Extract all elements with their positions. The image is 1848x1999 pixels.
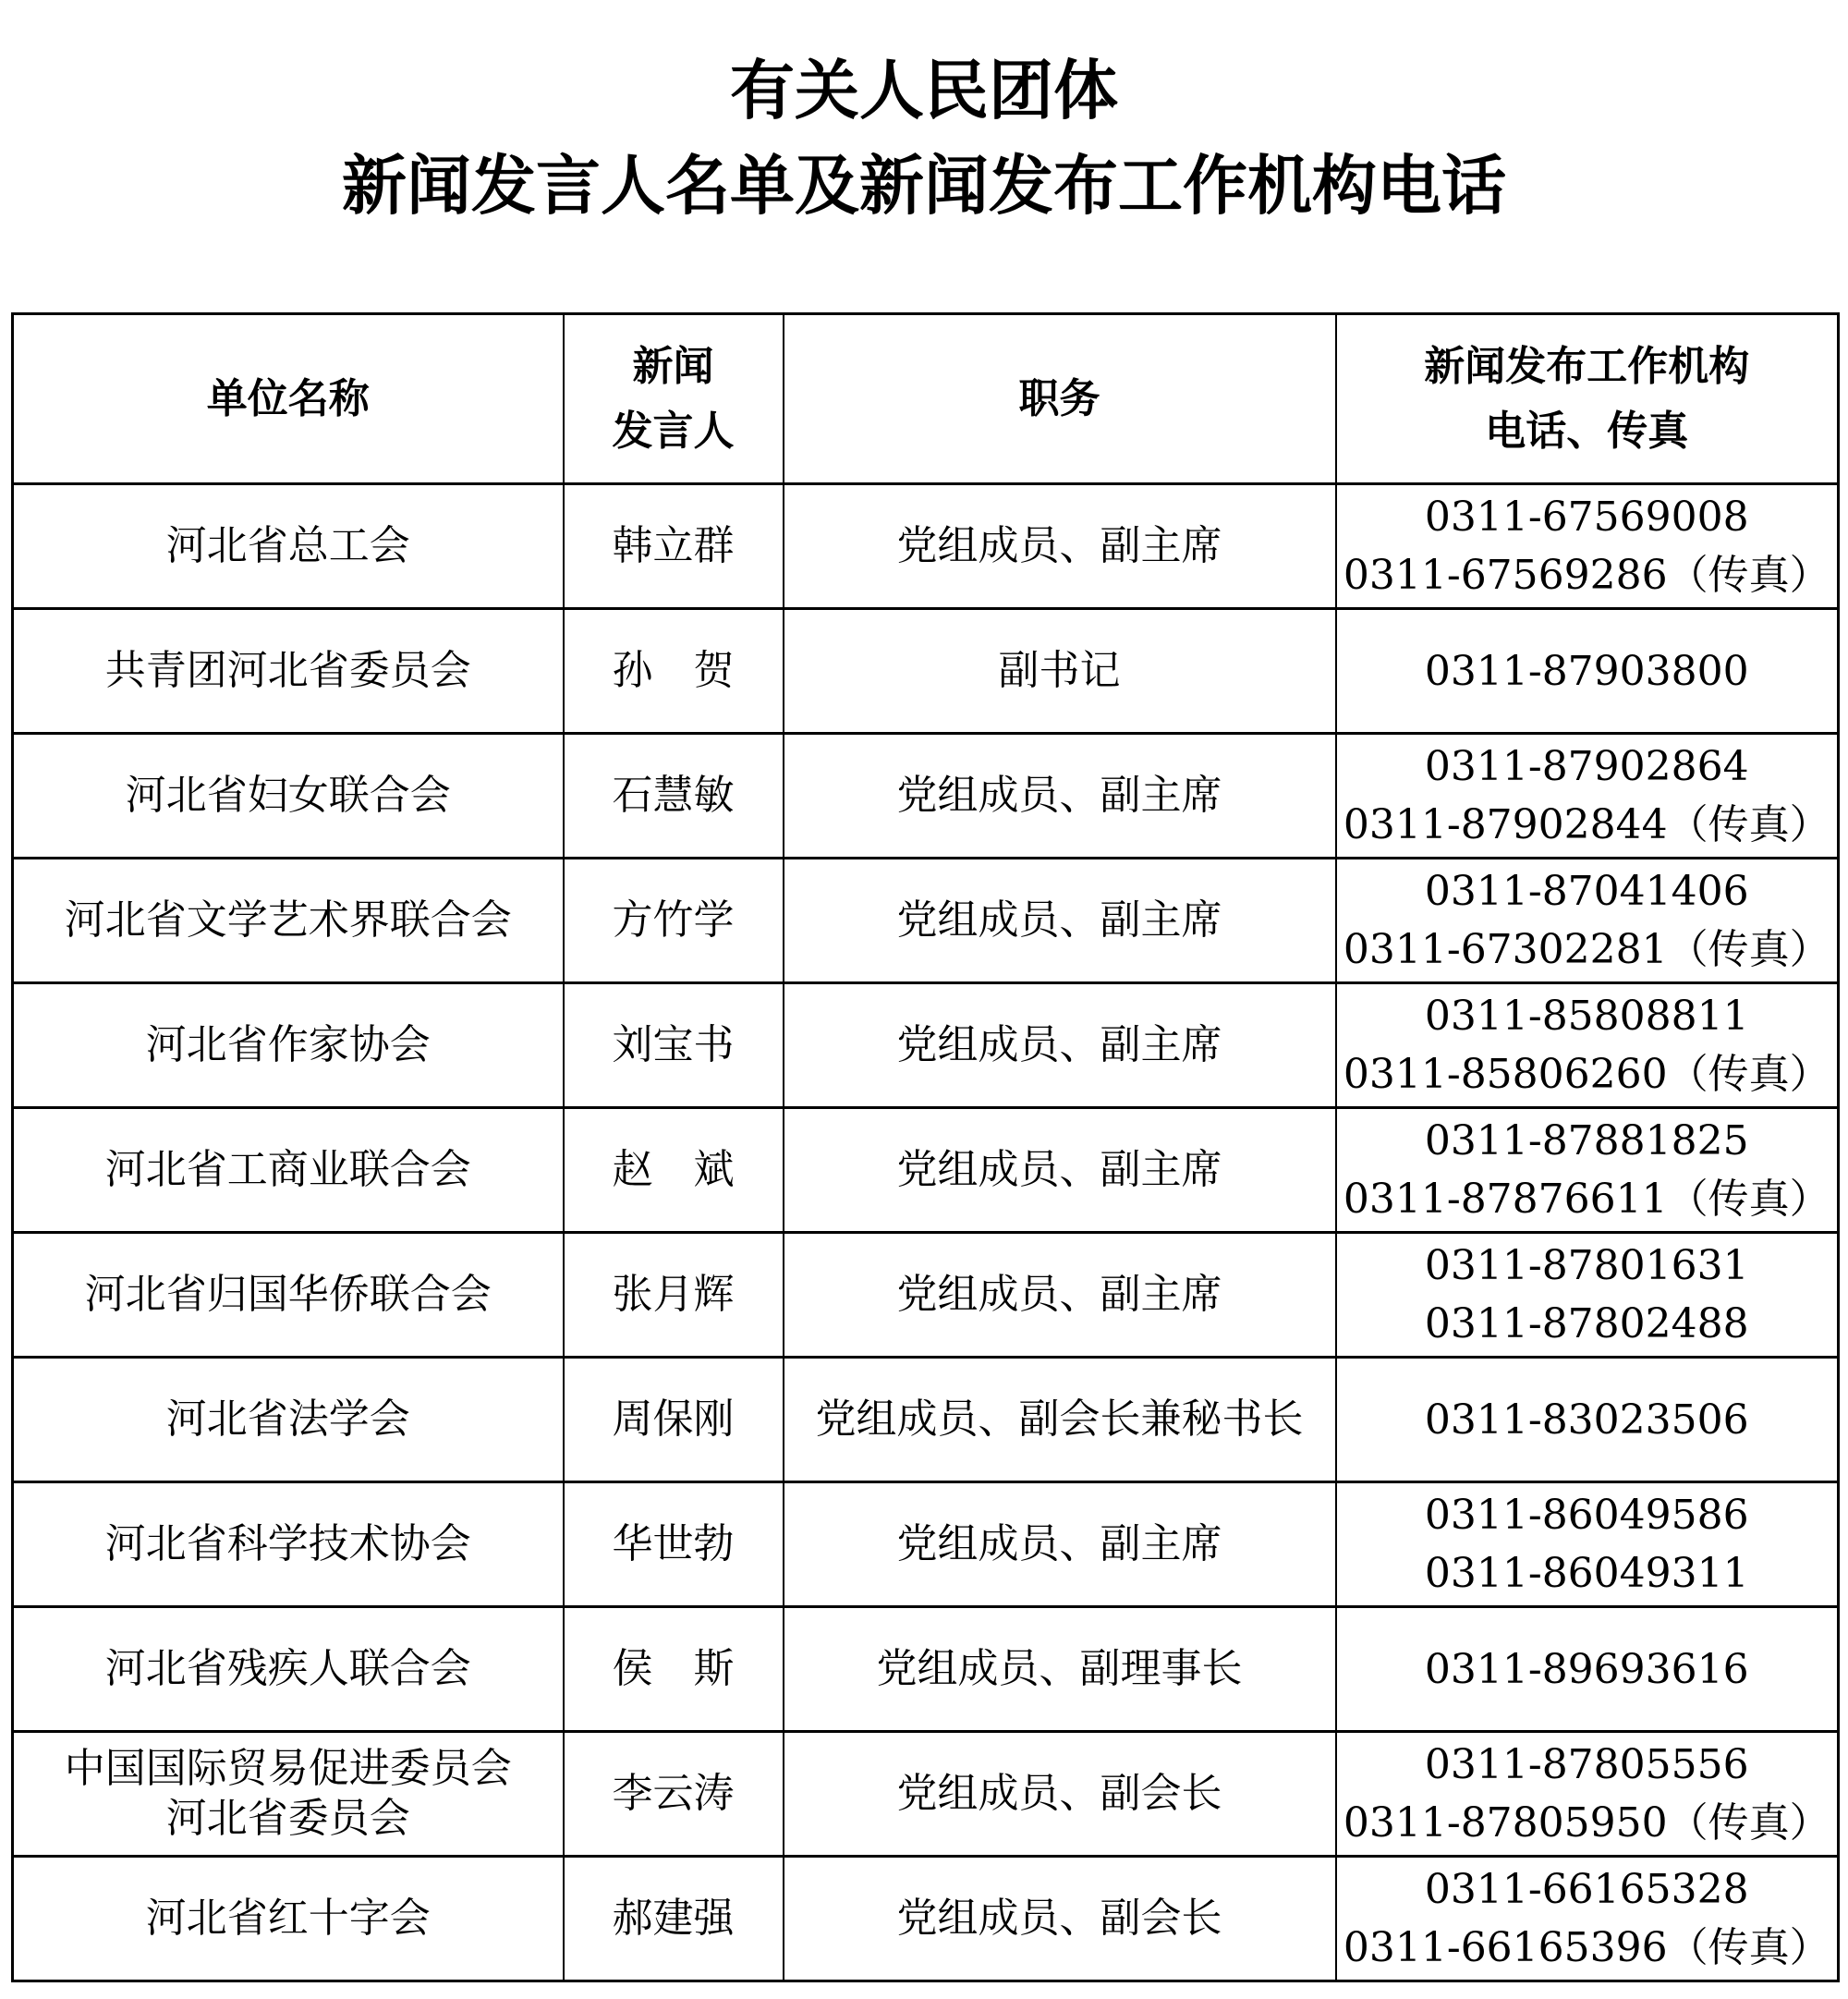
unit-name: 河北省妇女联合会 bbox=[14, 771, 563, 821]
unit-cell: 河北省作家协会 bbox=[13, 983, 564, 1108]
spokesperson-name: 张月辉 bbox=[565, 1270, 783, 1320]
table-row: 河北省作家协会 刘宝书 党组成员、副主席 0311-85808811 0311-… bbox=[13, 983, 1839, 1108]
spokesperson-cell: 侯 斯 bbox=[564, 1607, 784, 1732]
unit-name: 河北省工商业联合会 bbox=[14, 1145, 563, 1195]
phone-line: 0311-66165396（传真） bbox=[1337, 1919, 1838, 1977]
position-cell: 党组成员、副主席 bbox=[784, 1108, 1336, 1233]
position-cell: 党组成员、副理事长 bbox=[784, 1607, 1336, 1732]
position-text: 党组成员、副主席 bbox=[784, 521, 1335, 571]
phone-cell: 0311-85808811 0311-85806260（传真） bbox=[1336, 983, 1839, 1108]
phone-line: 0311-85806260（传真） bbox=[1337, 1045, 1838, 1103]
unit-name: 共青团河北省委员会 bbox=[14, 646, 563, 696]
spokesperson-name: 赵 斌 bbox=[565, 1145, 783, 1195]
phone-line: 0311-87876611（传真） bbox=[1337, 1170, 1838, 1228]
unit-name-line2: 河北省委员会 bbox=[14, 1794, 563, 1844]
phone-line: 0311-87902844（传真） bbox=[1337, 796, 1838, 854]
table-row: 共青团河北省委员会 孙 贺 副书记 0311-87903800 bbox=[13, 609, 1839, 734]
phone-line: 0311-87903800 bbox=[1337, 642, 1838, 701]
phone-cell: 0311-87801631 0311-87802488 bbox=[1336, 1233, 1839, 1358]
phone-cell: 0311-87805556 0311-87805950（传真） bbox=[1336, 1732, 1839, 1857]
spokesperson-name: 石慧敏 bbox=[565, 771, 783, 821]
document-page: 有关人民团体 新闻发言人名单及新闻发布工作机构电话 单位名称 新闻 发言人 职务 bbox=[0, 0, 1848, 1999]
header-phone-fax-label-line2: 电话、传真 bbox=[1337, 399, 1838, 464]
table-row: 河北省红十字会 郝建强 党组成员、副会长 0311-66165328 0311-… bbox=[13, 1857, 1839, 1981]
position-cell: 党组成员、副主席 bbox=[784, 859, 1336, 983]
position-cell: 副书记 bbox=[784, 609, 1336, 734]
unit-name: 河北省残疾人联合会 bbox=[14, 1644, 563, 1694]
table-row: 中国国际贸易促进委员会 河北省委员会 李云涛 党组成员、副会长 0311-878… bbox=[13, 1732, 1839, 1857]
table-row: 河北省科学技术协会 华世勃 党组成员、副主席 0311-86049586 031… bbox=[13, 1482, 1839, 1607]
phone-line: 0311-87902864 bbox=[1337, 737, 1838, 796]
phone-line: 0311-87802488 bbox=[1337, 1295, 1838, 1353]
position-cell: 党组成员、副会长 bbox=[784, 1857, 1336, 1981]
unit-name-line1: 中国国际贸易促进委员会 bbox=[14, 1744, 563, 1794]
header-unit-name-label: 单位名称 bbox=[14, 367, 563, 432]
unit-cell: 河北省工商业联合会 bbox=[13, 1108, 564, 1233]
table-row: 河北省总工会 韩立群 党组成员、副主席 0311-67569008 0311-6… bbox=[13, 484, 1839, 609]
position-text: 党组成员、副理事长 bbox=[784, 1644, 1335, 1694]
unit-cell: 河北省红十字会 bbox=[13, 1857, 564, 1981]
spokesperson-cell: 张月辉 bbox=[564, 1233, 784, 1358]
header-row: 单位名称 新闻 发言人 职务 新闻发布工作机构 电话、传真 bbox=[13, 314, 1839, 484]
phone-line: 0311-86049311 bbox=[1337, 1544, 1838, 1603]
position-text: 党组成员、副主席 bbox=[784, 1020, 1335, 1070]
spokesperson-cell: 周保刚 bbox=[564, 1358, 784, 1482]
position-text: 党组成员、副主席 bbox=[784, 1145, 1335, 1195]
position-cell: 党组成员、副会长 bbox=[784, 1732, 1336, 1857]
position-cell: 党组成员、副主席 bbox=[784, 734, 1336, 859]
table-row: 河北省归国华侨联合会 张月辉 党组成员、副主席 0311-87801631 03… bbox=[13, 1233, 1839, 1358]
spokesperson-cell: 韩立群 bbox=[564, 484, 784, 609]
unit-name: 河北省归国华侨联合会 bbox=[14, 1270, 563, 1320]
phone-cell: 0311-66165328 0311-66165396（传真） bbox=[1336, 1857, 1839, 1981]
position-text: 党组成员、副会长 bbox=[784, 1894, 1335, 1944]
unit-name: 河北省红十字会 bbox=[14, 1894, 563, 1944]
title-line-1: 有关人民团体 bbox=[0, 43, 1848, 138]
phone-line: 0311-86049586 bbox=[1337, 1486, 1838, 1544]
unit-cell: 河北省残疾人联合会 bbox=[13, 1607, 564, 1732]
phone-line: 0311-89693616 bbox=[1337, 1640, 1838, 1699]
unit-cell: 中国国际贸易促进委员会 河北省委员会 bbox=[13, 1732, 564, 1857]
unit-cell: 共青团河北省委员会 bbox=[13, 609, 564, 734]
spokesperson-name: 方竹学 bbox=[565, 896, 783, 945]
unit-cell: 河北省科学技术协会 bbox=[13, 1482, 564, 1607]
phone-line: 0311-83023506 bbox=[1337, 1391, 1838, 1449]
unit-cell: 河北省文学艺术界联合会 bbox=[13, 859, 564, 983]
position-cell: 党组成员、副主席 bbox=[784, 1482, 1336, 1607]
unit-name: 河北省作家协会 bbox=[14, 1020, 563, 1070]
unit-cell: 河北省法学会 bbox=[13, 1358, 564, 1482]
unit-cell: 河北省总工会 bbox=[13, 484, 564, 609]
phone-cell: 0311-83023506 bbox=[1336, 1358, 1839, 1482]
position-text: 党组成员、副主席 bbox=[784, 1270, 1335, 1320]
phone-line: 0311-85808811 bbox=[1337, 987, 1838, 1045]
phone-cell: 0311-86049586 0311-86049311 bbox=[1336, 1482, 1839, 1607]
phone-cell: 0311-67569008 0311-67569286（传真） bbox=[1336, 484, 1839, 609]
header-unit-name: 单位名称 bbox=[13, 314, 564, 484]
table-row: 河北省工商业联合会 赵 斌 党组成员、副主席 0311-87881825 031… bbox=[13, 1108, 1839, 1233]
phone-line: 0311-87801631 bbox=[1337, 1237, 1838, 1295]
phone-line: 0311-67569008 bbox=[1337, 488, 1838, 546]
phone-cell: 0311-89693616 bbox=[1336, 1607, 1839, 1732]
position-cell: 党组成员、副主席 bbox=[784, 484, 1336, 609]
phone-cell: 0311-87041406 0311-67302281（传真） bbox=[1336, 859, 1839, 983]
phone-line: 0311-67569286（传真） bbox=[1337, 546, 1838, 604]
header-phone-fax-label-line1: 新闻发布工作机构 bbox=[1337, 335, 1838, 399]
spokesperson-cell: 李云涛 bbox=[564, 1732, 784, 1857]
unit-name: 河北省总工会 bbox=[14, 521, 563, 571]
document-title: 有关人民团体 新闻发言人名单及新闻发布工作机构电话 bbox=[0, 0, 1848, 233]
spokesperson-name: 周保刚 bbox=[565, 1395, 783, 1444]
spokesperson-cell: 郝建强 bbox=[564, 1857, 784, 1981]
table-row: 河北省妇女联合会 石慧敏 党组成员、副主席 0311-87902864 0311… bbox=[13, 734, 1839, 859]
position-cell: 党组成员、副主席 bbox=[784, 1233, 1336, 1358]
spokesperson-table: 单位名称 新闻 发言人 职务 新闻发布工作机构 电话、传真 河北省总工会 bbox=[11, 312, 1840, 1982]
position-text: 党组成员、副主席 bbox=[784, 896, 1335, 945]
unit-name: 河北省文学艺术界联合会 bbox=[14, 896, 563, 945]
spokesperson-name: 李云涛 bbox=[565, 1769, 783, 1819]
table-row: 河北省法学会 周保刚 党组成员、副会长兼秘书长 0311-83023506 bbox=[13, 1358, 1839, 1482]
header-spokesperson-label-line1: 新闻 bbox=[565, 335, 783, 399]
unit-name: 河北省法学会 bbox=[14, 1395, 563, 1444]
header-position-label: 职务 bbox=[784, 367, 1335, 432]
spokesperson-cell: 刘宝书 bbox=[564, 983, 784, 1108]
header-spokesperson: 新闻 发言人 bbox=[564, 314, 784, 484]
table-row: 河北省文学艺术界联合会 方竹学 党组成员、副主席 0311-87041406 0… bbox=[13, 859, 1839, 983]
position-text: 党组成员、副主席 bbox=[784, 771, 1335, 821]
unit-name: 河北省科学技术协会 bbox=[14, 1519, 563, 1569]
phone-line: 0311-87881825 bbox=[1337, 1112, 1838, 1170]
spokesperson-name: 刘宝书 bbox=[565, 1020, 783, 1070]
spokesperson-cell: 石慧敏 bbox=[564, 734, 784, 859]
phone-line: 0311-87041406 bbox=[1337, 862, 1838, 920]
unit-cell: 河北省妇女联合会 bbox=[13, 734, 564, 859]
unit-cell: 河北省归国华侨联合会 bbox=[13, 1233, 564, 1358]
header-spokesperson-label-line2: 发言人 bbox=[565, 399, 783, 464]
phone-line: 0311-67302281（传真） bbox=[1337, 920, 1838, 979]
position-cell: 党组成员、副会长兼秘书长 bbox=[784, 1358, 1336, 1482]
spokesperson-cell: 华世勃 bbox=[564, 1482, 784, 1607]
phone-line: 0311-87805950（传真） bbox=[1337, 1794, 1838, 1852]
header-phone-fax: 新闻发布工作机构 电话、传真 bbox=[1336, 314, 1839, 484]
phone-cell: 0311-87881825 0311-87876611（传真） bbox=[1336, 1108, 1839, 1233]
spokesperson-name: 韩立群 bbox=[565, 521, 783, 571]
spokesperson-cell: 方竹学 bbox=[564, 859, 784, 983]
phone-cell: 0311-87903800 bbox=[1336, 609, 1839, 734]
spokesperson-cell: 孙 贺 bbox=[564, 609, 784, 734]
phone-line: 0311-87805556 bbox=[1337, 1736, 1838, 1794]
spokesperson-name: 孙 贺 bbox=[565, 646, 783, 696]
spokesperson-name: 华世勃 bbox=[565, 1519, 783, 1569]
spokesperson-name: 侯 斯 bbox=[565, 1644, 783, 1694]
position-text: 党组成员、副主席 bbox=[784, 1519, 1335, 1569]
spokesperson-cell: 赵 斌 bbox=[564, 1108, 784, 1233]
position-text: 党组成员、副会长兼秘书长 bbox=[784, 1395, 1335, 1444]
position-cell: 党组成员、副主席 bbox=[784, 983, 1336, 1108]
table-row: 河北省残疾人联合会 侯 斯 党组成员、副理事长 0311-89693616 bbox=[13, 1607, 1839, 1732]
phone-line: 0311-66165328 bbox=[1337, 1860, 1838, 1919]
position-text: 党组成员、副会长 bbox=[784, 1769, 1335, 1819]
header-position: 职务 bbox=[784, 314, 1336, 484]
position-text: 副书记 bbox=[784, 646, 1335, 696]
title-line-2: 新闻发言人名单及新闻发布工作机构电话 bbox=[0, 138, 1848, 233]
phone-cell: 0311-87902864 0311-87902844（传真） bbox=[1336, 734, 1839, 859]
spokesperson-name: 郝建强 bbox=[565, 1894, 783, 1944]
